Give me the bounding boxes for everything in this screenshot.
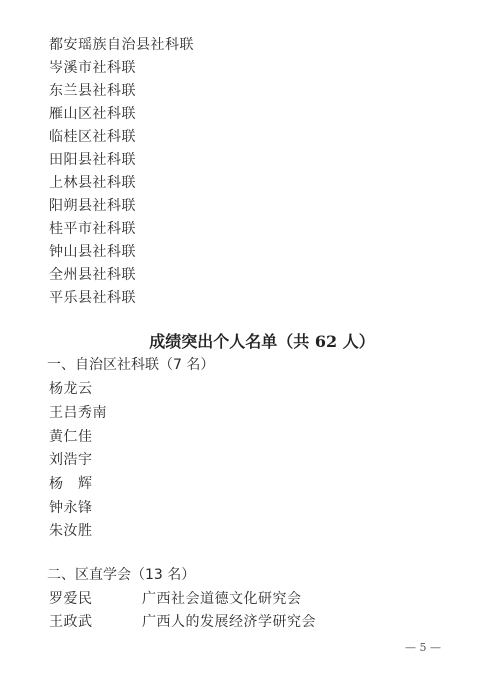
org-item: 桂平市社科联 — [49, 221, 136, 237]
org-item: 钟山县社科联 — [49, 244, 136, 260]
page-number: — 5 — — [405, 641, 441, 654]
org-item: 平乐县社科联 — [49, 290, 136, 306]
person-org: 广西人的发展经济学研究会 — [142, 614, 316, 630]
person-org: 广西社会道德文化研究会 — [142, 591, 302, 607]
group-heading: 一、自治区社科联（7 名） — [47, 357, 214, 373]
org-item: 东兰县社科联 — [49, 83, 136, 99]
org-item: 阳朔县社科联 — [49, 198, 136, 214]
person-name: 钟永锋 — [49, 500, 93, 516]
person-name: 黄仁佳 — [49, 429, 93, 445]
org-item: 田阳县社科联 — [49, 152, 136, 168]
person-name: 杨 辉 — [49, 476, 93, 492]
org-item: 上林县社科联 — [49, 175, 136, 191]
person-name: 刘浩宇 — [49, 452, 93, 468]
group-heading: 二、区直学会（13 名） — [47, 567, 195, 583]
person-name: 王吕秀南 — [49, 405, 107, 421]
person-name: 朱汝胜 — [49, 523, 93, 539]
org-item: 都安瑶族自治县社科联 — [49, 37, 194, 53]
org-item: 岑溪市社科联 — [49, 60, 136, 76]
person-name: 杨龙云 — [49, 381, 93, 397]
org-item: 雁山区社科联 — [49, 106, 136, 122]
org-item: 全州县社科联 — [49, 267, 136, 283]
person-name: 王政武 — [49, 614, 93, 630]
section-title: 成绩突出个人名单（共 62 人） — [0, 333, 500, 351]
org-item: 临桂区社科联 — [49, 129, 136, 145]
person-name: 罗爱民 — [49, 591, 93, 607]
